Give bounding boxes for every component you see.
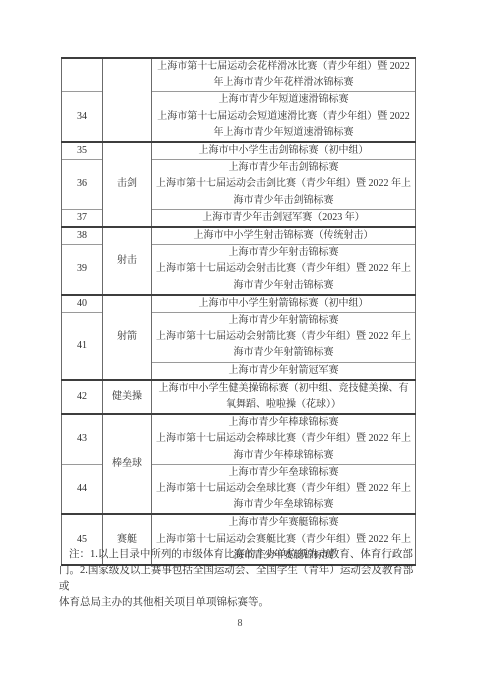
row-number-cell: 40 (62, 295, 103, 313)
table-row: 35 击剑 上海市中小学生击剑锦标赛（初中组） (62, 142, 416, 160)
category-cell: 射击 (103, 227, 152, 295)
category-cell: 棒垒球 (103, 414, 152, 514)
event-name-cell: 上海市中小学生健美操锦标赛（初中组、竞技健美操、有 氧舞蹈、啦啦操（花球）） (152, 380, 416, 414)
table-row: 40 射箭 上海市中小学生射箭锦标赛（初中组） (62, 295, 416, 313)
row-number-cell: 44 (62, 464, 103, 514)
event-name-cell: 上海市青少年棒球锦标赛 上海市第十七届运动会棒球比赛（青少年组）暨 2022 年… (152, 414, 416, 464)
row-number-cell: 42 (62, 380, 103, 414)
event-name-cell: 上海市中小学生击剑锦标赛（初中组） (152, 142, 416, 160)
category-cell (103, 58, 152, 142)
competition-list-table: 上海市第十七届运动会花样滑冰比赛（青少年组）暨 2022 年上海市青少年花样滑冰… (61, 57, 416, 566)
row-number-cell: 36 (62, 160, 103, 210)
event-name-cell: 上海市青少年射击锦标赛 上海市第十七届运动会射击比赛（青少年组）暨 2022 年… (152, 245, 416, 295)
row-number-cell: 38 (62, 227, 103, 245)
table-row: 43 棒垒球 上海市青少年棒球锦标赛 上海市第十七届运动会棒球比赛（青少年组）暨… (62, 414, 416, 464)
row-number-cell: 43 (62, 414, 103, 464)
event-name-cell: 上海市青少年射箭锦标赛 上海市第十七届运动会射箭比赛（青少年组）暨 2022 年… (152, 313, 416, 363)
row-number-cell: 37 (62, 209, 103, 227)
event-name-cell: 上海市中小学生射箭锦标赛（初中组） (152, 295, 416, 313)
event-name-cell: 上海市青少年击剑锦标赛 上海市第十七届运动会击剑比赛（青少年组）暨 2022 年… (152, 160, 416, 210)
row-number-cell (62, 58, 103, 92)
event-name-cell: 上海市中小学生射击锦标赛（传统射击） (152, 227, 416, 245)
table-row: 38 射击 上海市中小学生射击锦标赛（传统射击） (62, 227, 416, 245)
event-name-cell: 上海市第十七届运动会花样滑冰比赛（青少年组）暨 2022 年上海市青少年花样滑冰… (152, 58, 416, 92)
table-row: 42 健美操 上海市中小学生健美操锦标赛（初中组、竞技健美操、有 氧舞蹈、啦啦操… (62, 380, 416, 414)
category-cell: 击剑 (103, 142, 152, 227)
event-name-cell: 上海市青少年短道速滑锦标赛 上海市第十七届运动会短道速滑比赛（青少年组）暨 20… (152, 92, 416, 142)
event-name-cell: 上海市青少年垒球锦标赛 上海市第十七届运动会垒球比赛（青少年组）暨 2022 年… (152, 464, 416, 514)
event-name-cell: 上海市青少年射箭冠军赛 (152, 362, 416, 380)
footnote: 注：1.以上目录中所列的市级体育比赛的主办单位须为市教育、体育行政部 门。2.国… (59, 547, 419, 611)
row-number-cell: 35 (62, 142, 103, 160)
category-cell: 射箭 (103, 295, 152, 380)
row-number-cell: 34 (62, 92, 103, 142)
row-number-cell: 41 (62, 313, 103, 380)
category-cell: 健美操 (103, 380, 152, 414)
row-number-cell: 39 (62, 245, 103, 295)
event-name-cell: 上海市青少年击剑冠军赛（2023 年） (152, 209, 416, 227)
table-row: 上海市第十七届运动会花样滑冰比赛（青少年组）暨 2022 年上海市青少年花样滑冰… (62, 58, 416, 92)
page-number: 8 (0, 618, 480, 629)
